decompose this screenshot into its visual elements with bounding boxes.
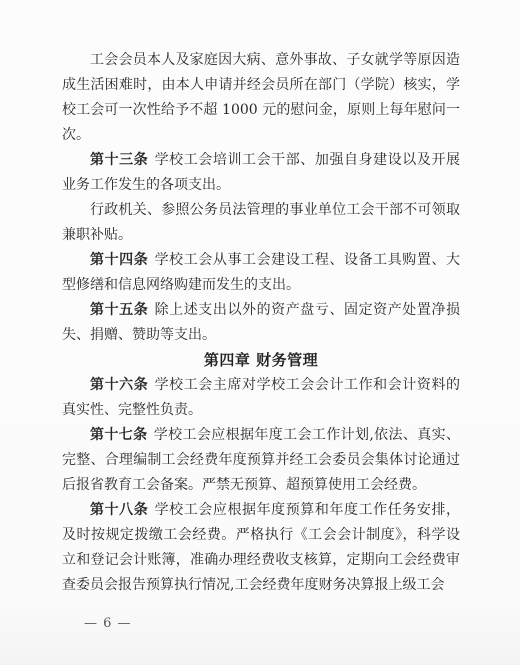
page-content: 工会会员本人及家庭因大病、意外事故、子女就学等原因造成生活困难时，由本人申请并经… xyxy=(62,48,460,598)
page-number: — 6 — xyxy=(84,616,132,632)
chapter-heading: 第四章 财务管理 xyxy=(62,348,460,373)
article-number: 第十八条 xyxy=(90,502,148,518)
paragraph: 第十六条学校工会主席对学校工会会计工作和会计资料的真实性、完整性负责。 xyxy=(62,373,460,423)
paragraph: 第十四条学校工会从事工会建设工程、设备工具购置、大型修缮和信息网络购建而发生的支… xyxy=(62,248,460,298)
paragraph-text: 工会会员本人及家庭因大病、意外事故、子女就学等原因造成生活困难时，由本人申请并经… xyxy=(62,52,460,143)
paragraph: 行政机关、参照公务员法管理的事业单位工会干部不可领取兼职补贴。 xyxy=(62,198,460,248)
article-number: 第十五条 xyxy=(90,302,148,318)
document-page: 工会会员本人及家庭因大病、意外事故、子女就学等原因造成生活困难时，由本人申请并经… xyxy=(0,0,520,665)
paragraph: 第十八条学校工会应根据年度预算和年度工作任务安排，及时按规定拨缴工会经费。严格执… xyxy=(62,498,460,598)
paragraph: 第十七条学校工会应根据年度工会工作计划,依法、真实、完整、合理编制工会经费年度预… xyxy=(62,423,460,498)
article-number: 第十七条 xyxy=(90,427,147,443)
paragraph: 第十三条学校工会培训工会干部、加强自身建设以及开展业务工作发生的各项支出。 xyxy=(62,148,460,198)
paragraph-text: 行政机关、参照公务员法管理的事业单位工会干部不可领取兼职补贴。 xyxy=(62,202,460,243)
article-number: 第十三条 xyxy=(90,152,148,168)
article-number: 第十六条 xyxy=(90,377,148,393)
paragraph: 工会会员本人及家庭因大病、意外事故、子女就学等原因造成生活困难时，由本人申请并经… xyxy=(62,48,460,148)
article-number: 第十四条 xyxy=(90,252,148,268)
paragraph: 第十五条除上述支出以外的资产盘亏、固定资产处置净损失、捐赠、赞助等支出。 xyxy=(62,298,460,348)
